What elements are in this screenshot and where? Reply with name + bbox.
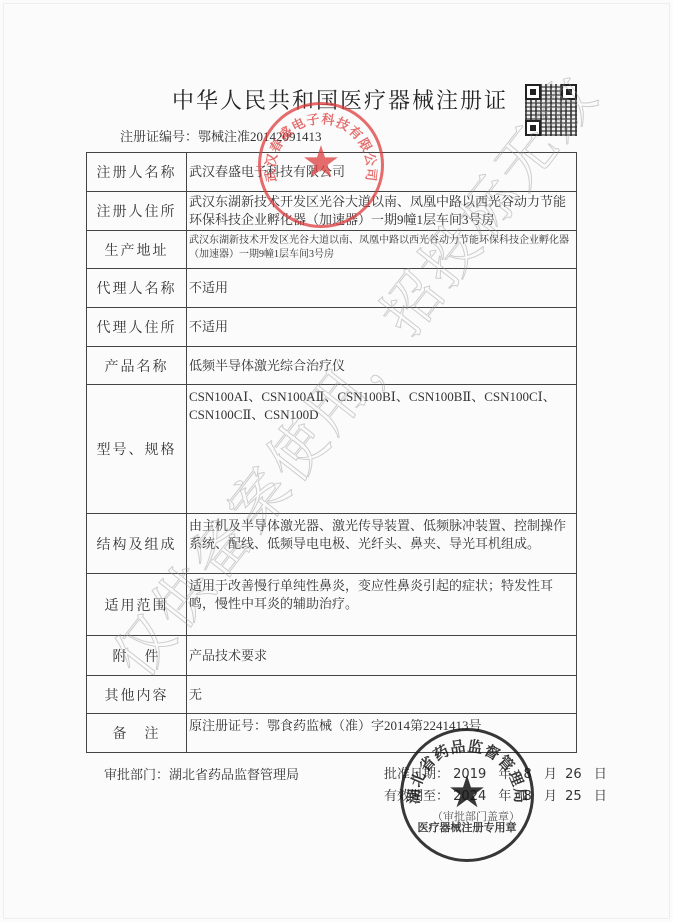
approval-date: 批准日期： 2019 年 8 月 26 日 (384, 764, 607, 786)
qr-code-icon (525, 84, 577, 136)
field-value: 适用于改善慢行单纯性鼻炎，变应性鼻炎引起的症状；特发性耳鸣，慢性中耳炎的辅助治疗… (187, 574, 577, 636)
field-value: 产品技术要求 (187, 636, 577, 676)
field-label: 注册人住所 (87, 192, 187, 231)
table-row: 结构及组成 由主机及半导体激光器、激光传导装置、低频脉冲装置、控制操作系统、配线… (87, 514, 577, 574)
table-row: 附 件 产品技术要求 (87, 636, 577, 676)
table-row: 其他内容 无 (87, 676, 577, 714)
table-row: 代理人名称 不适用 (87, 269, 577, 308)
field-value: 武汉东湖新技术开发区光谷大道以南、凤凰中路以西光谷动力节能环保科技企业孵化器（加… (187, 192, 577, 231)
field-value: 不适用 (187, 269, 577, 308)
field-label: 结构及组成 (87, 514, 187, 574)
field-value: 低频半导体激光综合治疗仪 (187, 347, 577, 385)
table-row: 适用范围 适用于改善慢行单纯性鼻炎，变应性鼻炎引起的症状；特发性耳鸣，慢性中耳炎… (87, 574, 577, 636)
certificate-table: 注册人名称 武汉春盛电子科技有限公司 注册人住所 武汉东湖新技术开发区光谷大道以… (86, 152, 577, 753)
field-label: 生产地址 (87, 231, 187, 269)
field-label: 其他内容 (87, 676, 187, 714)
registration-number: 注册证编号：鄂械注准20142091413 (120, 126, 322, 145)
stamp-note: （审批部门盖章） (432, 808, 520, 824)
document-title: 中华人民共和国医疗器械注册证 (140, 84, 540, 115)
registration-number-label: 注册证编号： (120, 130, 198, 145)
field-value: 由主机及半导体激光器、激光传导装置、低频脉冲装置、控制操作系统、配线、低频导电电… (187, 514, 577, 574)
table-row: 注册人住所 武汉东湖新技术开发区光谷大道以南、凤凰中路以西光谷动力节能环保科技企… (87, 192, 577, 231)
field-value: CSN100AⅠ、CSN100AⅡ、CSN100BⅠ、CSN100BⅡ、CSN1… (187, 385, 577, 514)
field-value: 不适用 (187, 308, 577, 347)
field-label: 产品名称 (87, 347, 187, 385)
field-value: 无 (187, 676, 577, 714)
field-label: 注册人名称 (87, 153, 187, 192)
field-value: 原注册证号：鄂食药监械（准）字2014第2241413号 (187, 714, 577, 753)
field-label: 代理人住所 (87, 308, 187, 347)
field-label: 型号、规格 (87, 385, 187, 514)
table-row: 备 注 原注册证号：鄂食药监械（准）字2014第2241413号 (87, 714, 577, 753)
field-label: 适用范围 (87, 574, 187, 636)
field-label: 附 件 (87, 636, 187, 676)
approval-department: 审批部门：湖北省药品监督管理局 (104, 764, 299, 783)
table-row: 型号、规格 CSN100AⅠ、CSN100AⅡ、CSN100BⅠ、CSN100B… (87, 385, 577, 514)
field-label: 备 注 (87, 714, 187, 753)
table-row: 产品名称 低频半导体激光综合治疗仪 (87, 347, 577, 385)
field-label: 代理人名称 (87, 269, 187, 308)
table-row: 代理人住所 不适用 (87, 308, 577, 347)
field-value: 武汉东湖新技术开发区光谷大道以南、凤凰中路以西光谷动力节能环保科技企业孵化器（加… (187, 231, 577, 269)
valid-until-date: 有效期至： 2024 年 8 月 25 日 (384, 786, 607, 808)
field-value: 武汉春盛电子科技有限公司 (187, 153, 577, 192)
table-row: 注册人名称 武汉春盛电子科技有限公司 (87, 153, 577, 192)
approval-dates: 批准日期： 2019 年 8 月 26 日 有效期至： 2024 年 8 月 2… (384, 764, 607, 808)
registration-number-value: 鄂械注准20142091413 (198, 129, 322, 144)
table-row: 生产地址 武汉东湖新技术开发区光谷大道以南、凤凰中路以西光谷动力节能环保科技企业… (87, 231, 577, 269)
